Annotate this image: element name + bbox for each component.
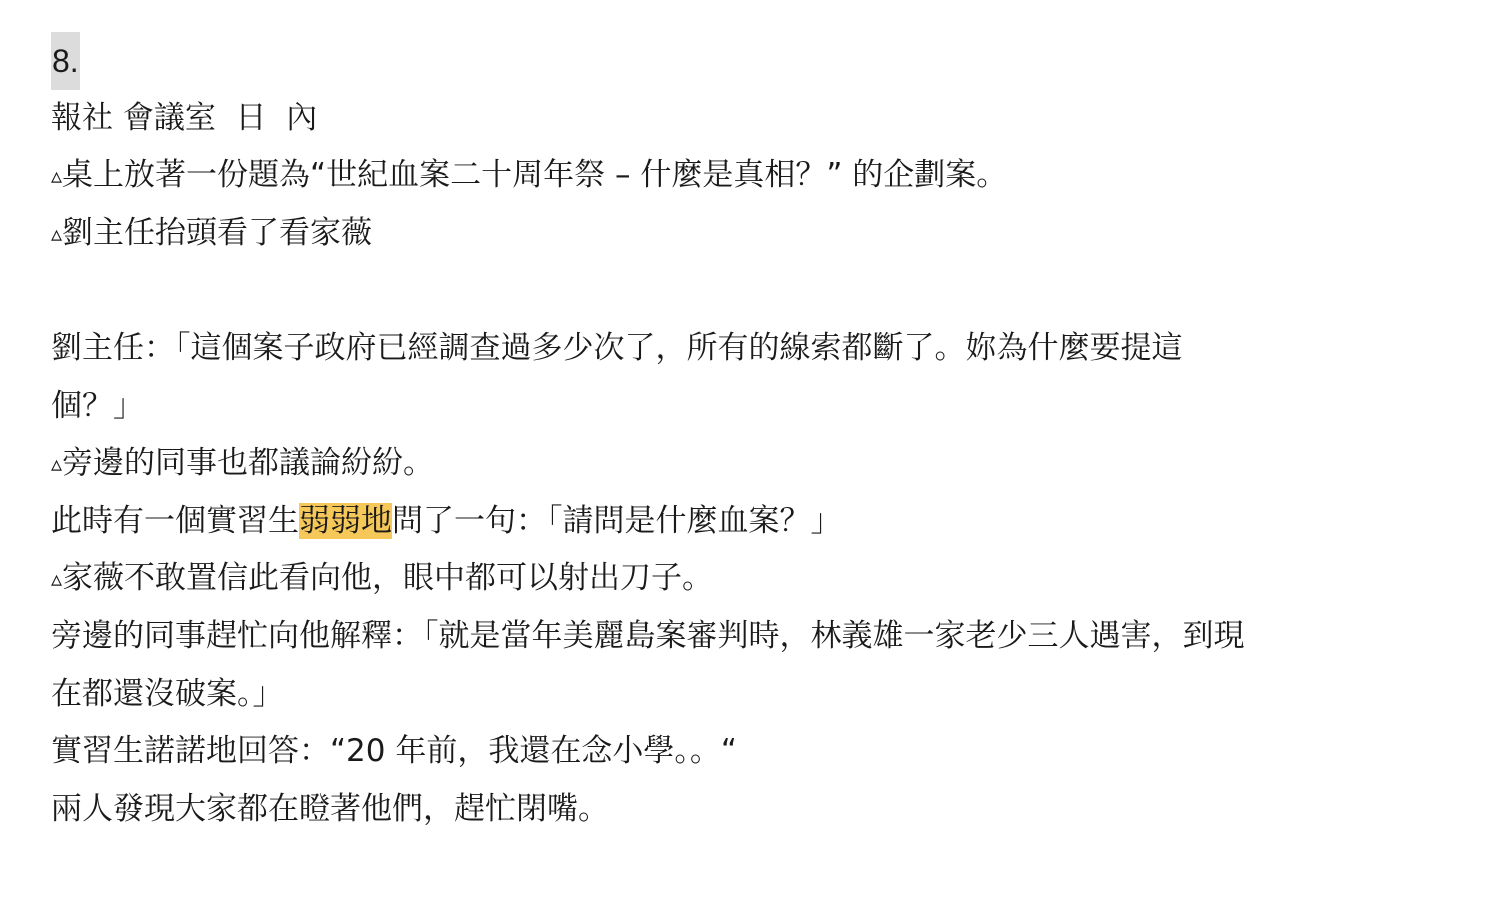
dialogue-line: 旁邊的同事趕忙向他解釋：「就是當年美麗島案審判時，林義雄一家老少三人遇害，到現 [51,608,1471,666]
dialogue-line: 實習生諾諾地回答：“20 年前，我還在念小學。。“ [51,723,1471,781]
triangle-icon: ▵ [51,567,62,592]
dialogue-line-continued: 在都還沒破案。」 [51,666,1471,724]
action-text: 劉主任抬頭看了看家薇 [62,215,372,251]
dialogue-line-continued: 個？」 [51,378,1471,436]
action-line: ▵桌上放著一份題為“世紀血案二十周年祭 – 什麼是真相？” 的企劃案。 [51,147,1471,205]
blank-line [51,262,1471,320]
action-text: 家薇不敢置信此看向他，眼中都可以射出刀子。 [62,560,713,596]
action-text: 旁邊的同事也都議論紛紛。 [62,445,434,481]
dialogue-line: 劉主任：「這個案子政府已經調查過多少次了，所有的線索都斷了。妳為什麼要提這 [51,320,1471,378]
script-document: 8. 報社 會議室 日 內 ▵桌上放著一份題為“世紀血案二十周年祭 – 什麼是真… [51,32,1471,838]
highlighted-text[interactable]: 弱弱地 [299,503,392,539]
action-line: ▵劉主任抬頭看了看家薇 [51,205,1471,263]
text-after-highlight: 問了一句：「請問是什麼血案？」 [392,503,842,539]
action-line: 兩人發現大家都在瞪著他們，趕忙閉嘴。 [51,781,1471,839]
scene-heading: 報社 會議室 日 內 [51,90,1471,148]
triangle-icon: ▵ [51,222,62,247]
triangle-icon: ▵ [51,452,62,477]
action-line: ▵家薇不敢置信此看向他，眼中都可以射出刀子。 [51,550,1471,608]
scene-number: 8. [51,32,80,90]
scene-number-line: 8. [51,32,1471,90]
text-before-highlight: 此時有一個實習生 [51,503,299,539]
action-text: 桌上放著一份題為“世紀血案二十周年祭 – 什麼是真相？” 的企劃案。 [62,157,1007,193]
triangle-icon: ▵ [51,164,62,189]
action-line: ▵旁邊的同事也都議論紛紛。 [51,435,1471,493]
intern-question-line: 此時有一個實習生弱弱地問了一句：「請問是什麼血案？」 [51,493,1471,551]
